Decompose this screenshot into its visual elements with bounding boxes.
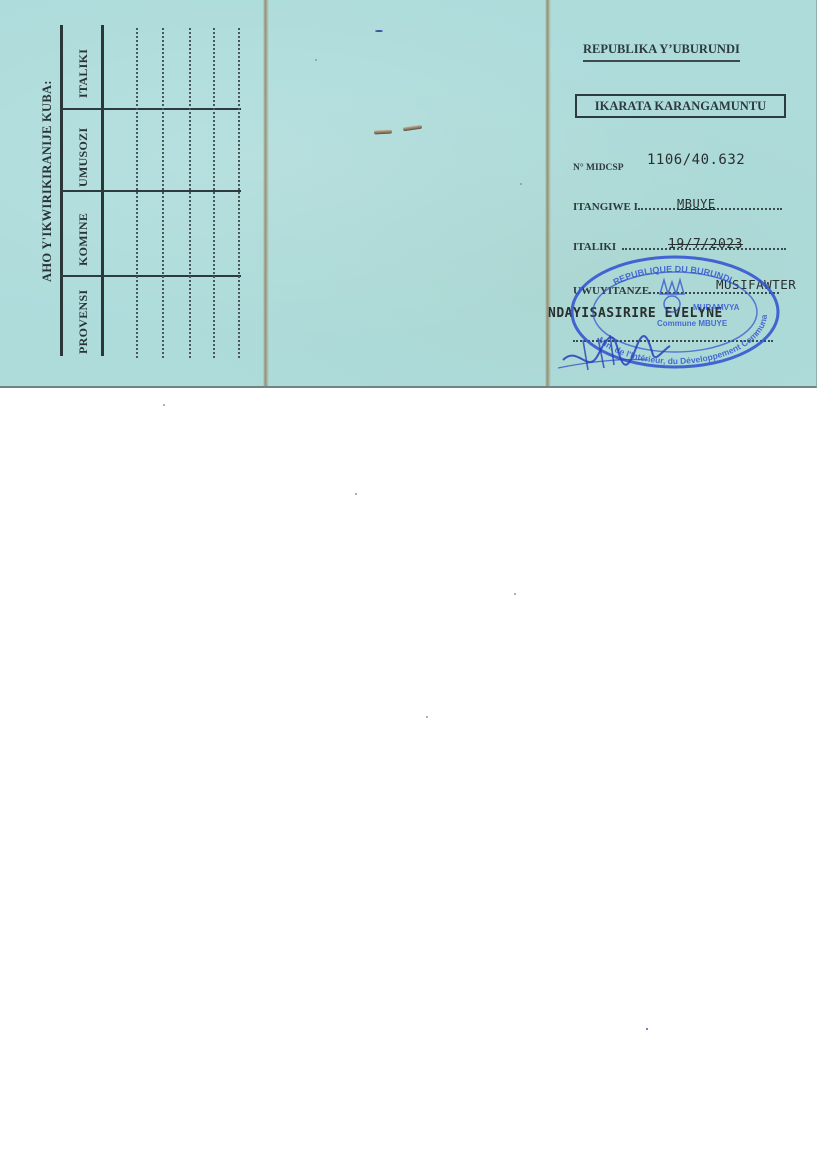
issuer-label: UWUYITANZE bbox=[573, 285, 649, 297]
issuer-dots bbox=[649, 292, 779, 294]
scan-speck bbox=[646, 1028, 648, 1030]
entry-line-1 bbox=[136, 28, 138, 358]
scan-speck bbox=[355, 493, 357, 495]
signature-dots bbox=[573, 340, 773, 342]
scan-speck bbox=[163, 404, 165, 406]
entry-line-2 bbox=[162, 28, 164, 358]
id-card: AHO Y'IKWIRIKIRANIJE KUBA: PROVENSI KOMI… bbox=[0, 0, 817, 388]
issued-at-value: MBUYE bbox=[677, 197, 716, 211]
signature-line bbox=[573, 333, 773, 345]
registry-heading: AHO Y'IKWIRIKIRANIJE KUBA: bbox=[40, 80, 55, 282]
republic-heading: REPUBLIKA Y’UBURUNDI bbox=[583, 42, 740, 62]
column-header-provensi: PROVENSI bbox=[76, 290, 91, 354]
entry-line-3 bbox=[189, 28, 191, 358]
speck bbox=[315, 59, 317, 61]
column-header-italiki: ITALIKI bbox=[76, 49, 91, 98]
scan-speck bbox=[426, 716, 428, 718]
issuer-value-line2: NDAYISASIRIRE EVELYNE bbox=[548, 306, 723, 321]
entry-line-4 bbox=[213, 28, 215, 358]
column-header-umusozi: UMUSOZI bbox=[76, 128, 91, 187]
staple-mark-2 bbox=[403, 125, 422, 132]
column-header-komine: KOMINE bbox=[76, 213, 91, 266]
entry-line-5 bbox=[238, 28, 240, 358]
fold-crease-left bbox=[263, 0, 269, 388]
date-label: ITALIKI bbox=[573, 241, 616, 253]
signature-icon bbox=[558, 320, 678, 380]
card-number-label: N° MIDCSP bbox=[573, 163, 624, 173]
speck bbox=[520, 183, 522, 185]
ink-speck bbox=[375, 30, 383, 32]
issuer-value-line1: MUSIFAWTER bbox=[716, 277, 796, 292]
date-value: 19/7/2023 bbox=[668, 237, 743, 252]
card-number-value: 1106/40.632 bbox=[647, 152, 745, 168]
fold-crease-right bbox=[545, 0, 551, 388]
card-number-row: N° MIDCSP bbox=[573, 161, 624, 173]
issued-at-label: ITANGIWE I bbox=[573, 201, 638, 213]
scan-speck bbox=[514, 593, 516, 595]
card-title-box: IKARATA KARANGAMUNTU bbox=[575, 94, 786, 118]
staple-mark-1 bbox=[374, 130, 392, 135]
